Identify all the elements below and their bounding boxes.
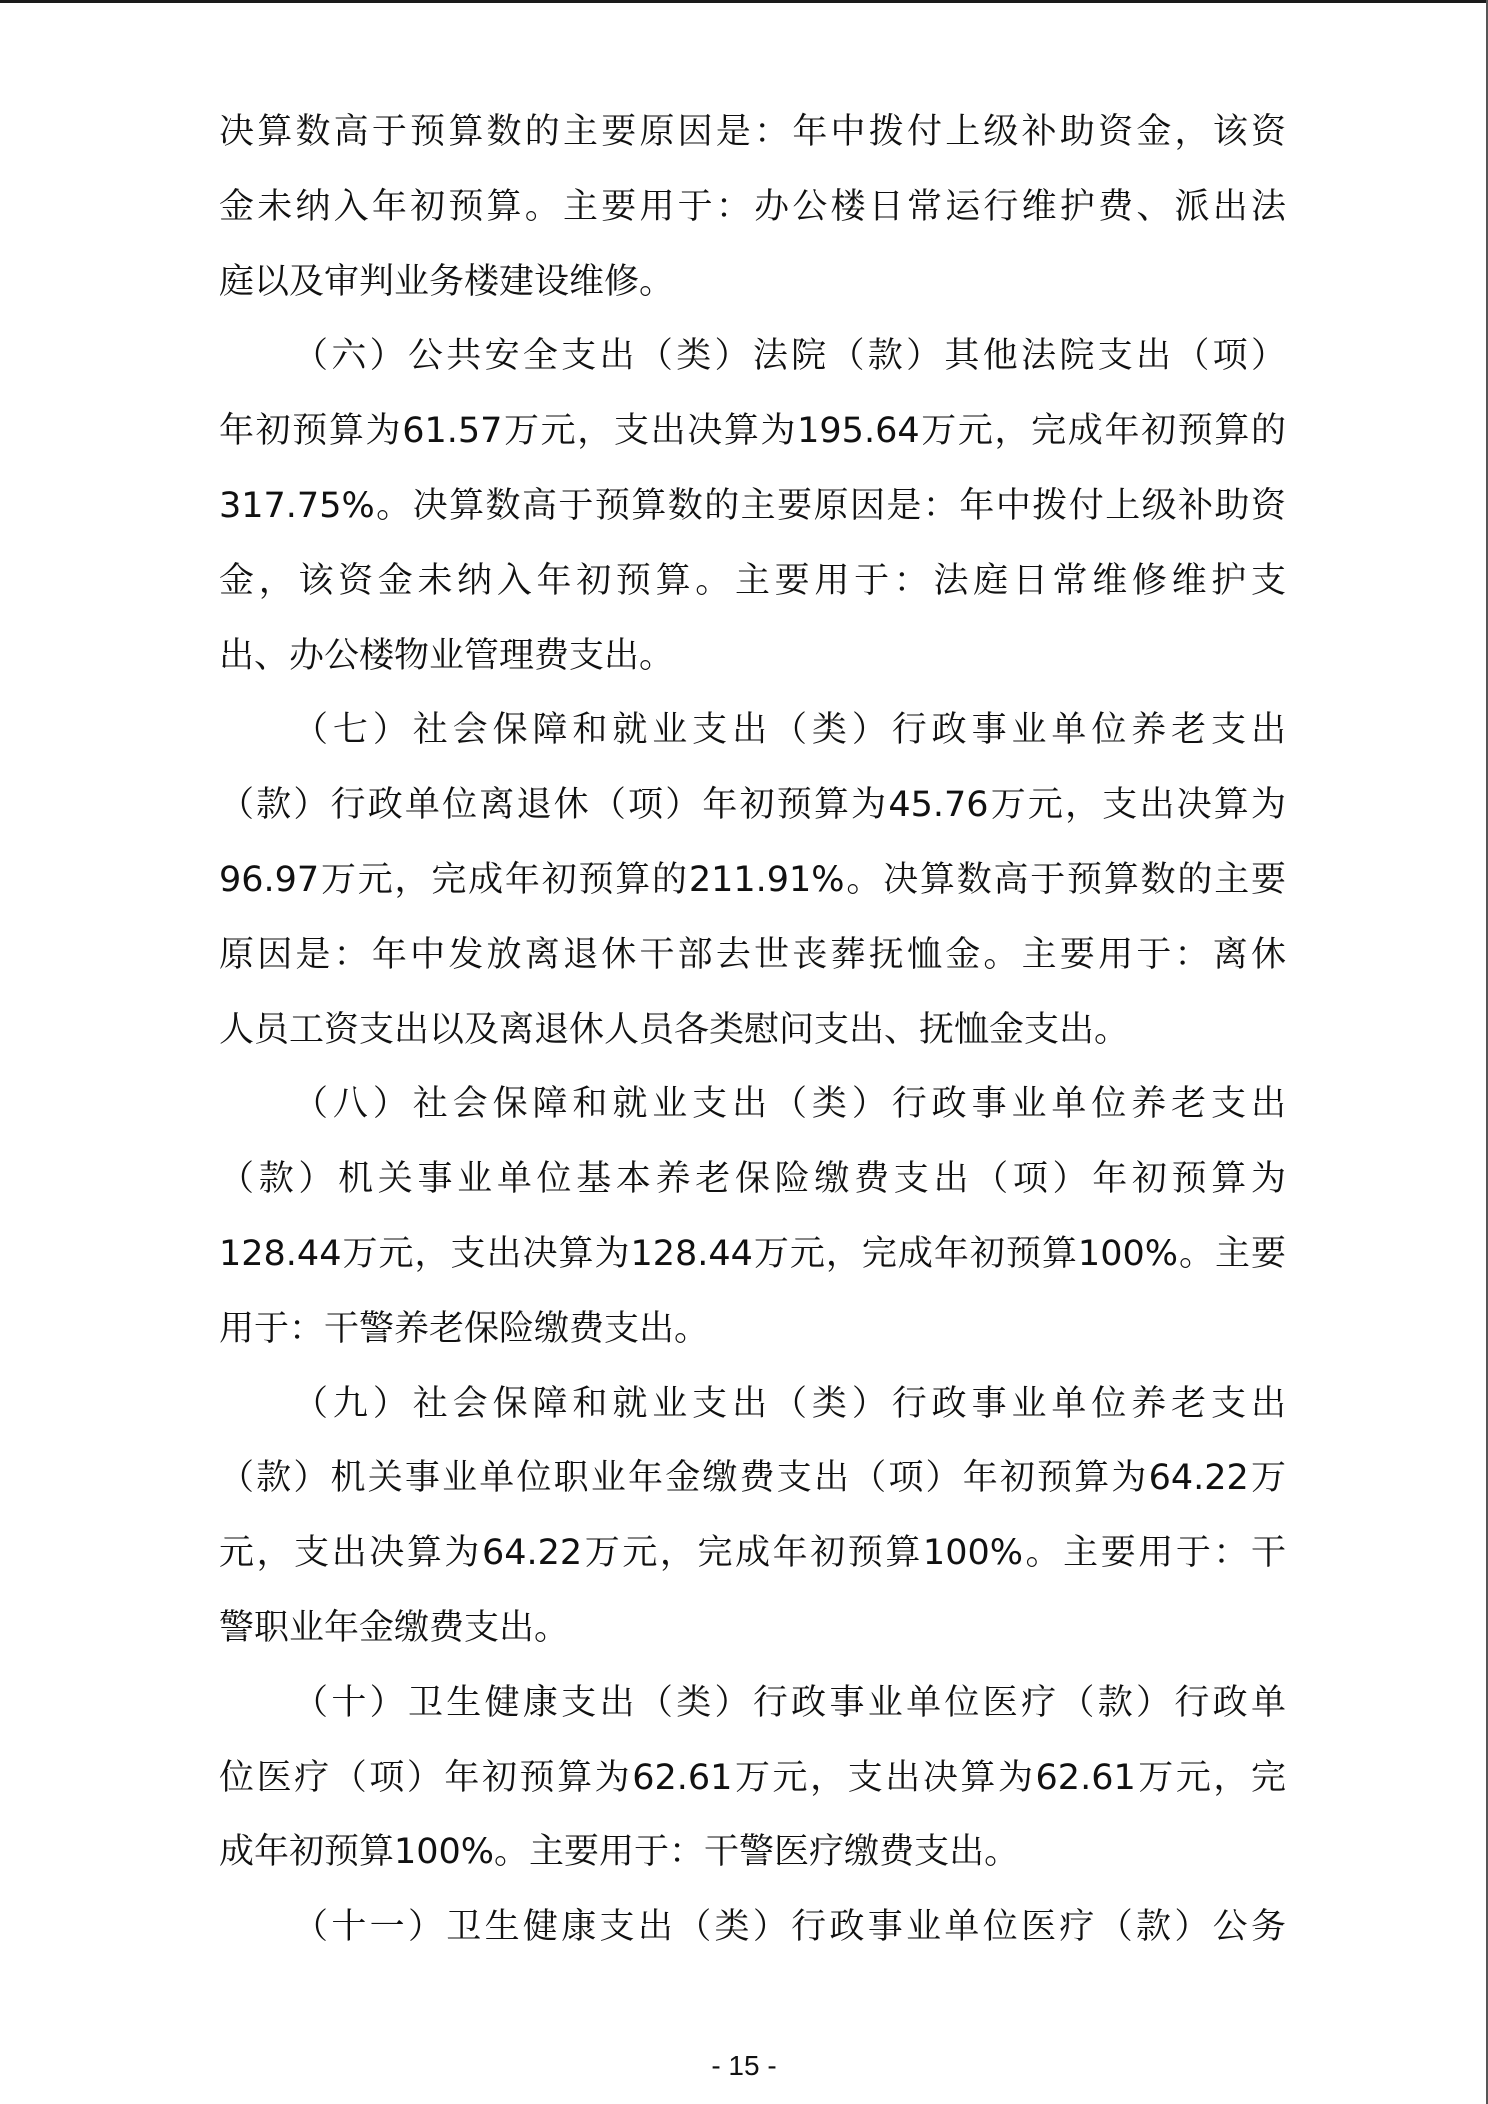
- text-line: 决算数高于预算数的主要原因是：年中拨付上级补助资金，该资: [219, 112, 1286, 187]
- text-line: （款）机关事业单位基本养老保险缴费支出（项）年初预算为: [219, 1159, 1286, 1234]
- section-heading-line: （八）社会保障和就业支出（类）行政事业单位养老支出: [219, 1084, 1286, 1159]
- section-heading-line: （九）社会保障和就业支出（类）行政事业单位养老支出: [219, 1384, 1286, 1459]
- text-line: 317.75%。决算数高于预算数的主要原因是：年中拨付上级补助资: [219, 486, 1286, 561]
- text-line: （款）行政单位离退休（项）年初预算为45.76万元，支出决算为: [219, 785, 1286, 860]
- text-line: （款）机关事业单位职业年金缴费支出（项）年初预算为64.22万: [219, 1458, 1286, 1533]
- text-line: 金未纳入年初预算。主要用于：办公楼日常运行维护费、派出法: [219, 187, 1286, 262]
- page-top-border: [0, 0, 1488, 3]
- text-line: 元，支出决算为64.22万元，完成年初预算100%。主要用于：干: [219, 1533, 1286, 1608]
- text-line: 出、办公楼物业管理费支出。: [219, 636, 1286, 711]
- section-heading-line: （七）社会保障和就业支出（类）行政事业单位养老支出: [219, 710, 1286, 785]
- text-line: 96.97万元，完成年初预算的211.91%。决算数高于预算数的主要: [219, 860, 1286, 935]
- text-line: 人员工资支出以及离退休人员各类慰问支出、抚恤金支出。: [219, 1010, 1286, 1085]
- document-body: 决算数高于预算数的主要原因是：年中拨付上级补助资金，该资 金未纳入年初预算。主要…: [219, 112, 1286, 1982]
- text-line: 年初预算为61.57万元，支出决算为195.64万元，完成年初预算的: [219, 411, 1286, 486]
- section-heading-line: （十）卫生健康支出（类）行政事业单位医疗（款）行政单: [219, 1683, 1286, 1758]
- text-line: 128.44万元，支出决算为128.44万元，完成年初预算100%。主要: [219, 1234, 1286, 1309]
- text-line: 成年初预算100%。主要用于：干警医疗缴费支出。: [219, 1832, 1286, 1907]
- text-line: 用于：干警养老保险缴费支出。: [219, 1309, 1286, 1384]
- text-line: 金，该资金未纳入年初预算。主要用于：法庭日常维修维护支: [219, 561, 1286, 636]
- section-heading-line: （六）公共安全支出（类）法院（款）其他法院支出（项）: [219, 336, 1286, 411]
- page-number: - 15 -: [0, 2050, 1488, 2082]
- text-line: 原因是：年中发放离退休干部去世丧葬抚恤金。主要用于：离休: [219, 935, 1286, 1010]
- text-line: 庭以及审判业务楼建设维修。: [219, 262, 1286, 337]
- text-line: 警职业年金缴费支出。: [219, 1608, 1286, 1683]
- text-line: 位医疗（项）年初预算为62.61万元，支出决算为62.61万元，完: [219, 1758, 1286, 1833]
- section-heading-line: （十一）卫生健康支出（类）行政事业单位医疗（款）公务: [219, 1907, 1286, 1982]
